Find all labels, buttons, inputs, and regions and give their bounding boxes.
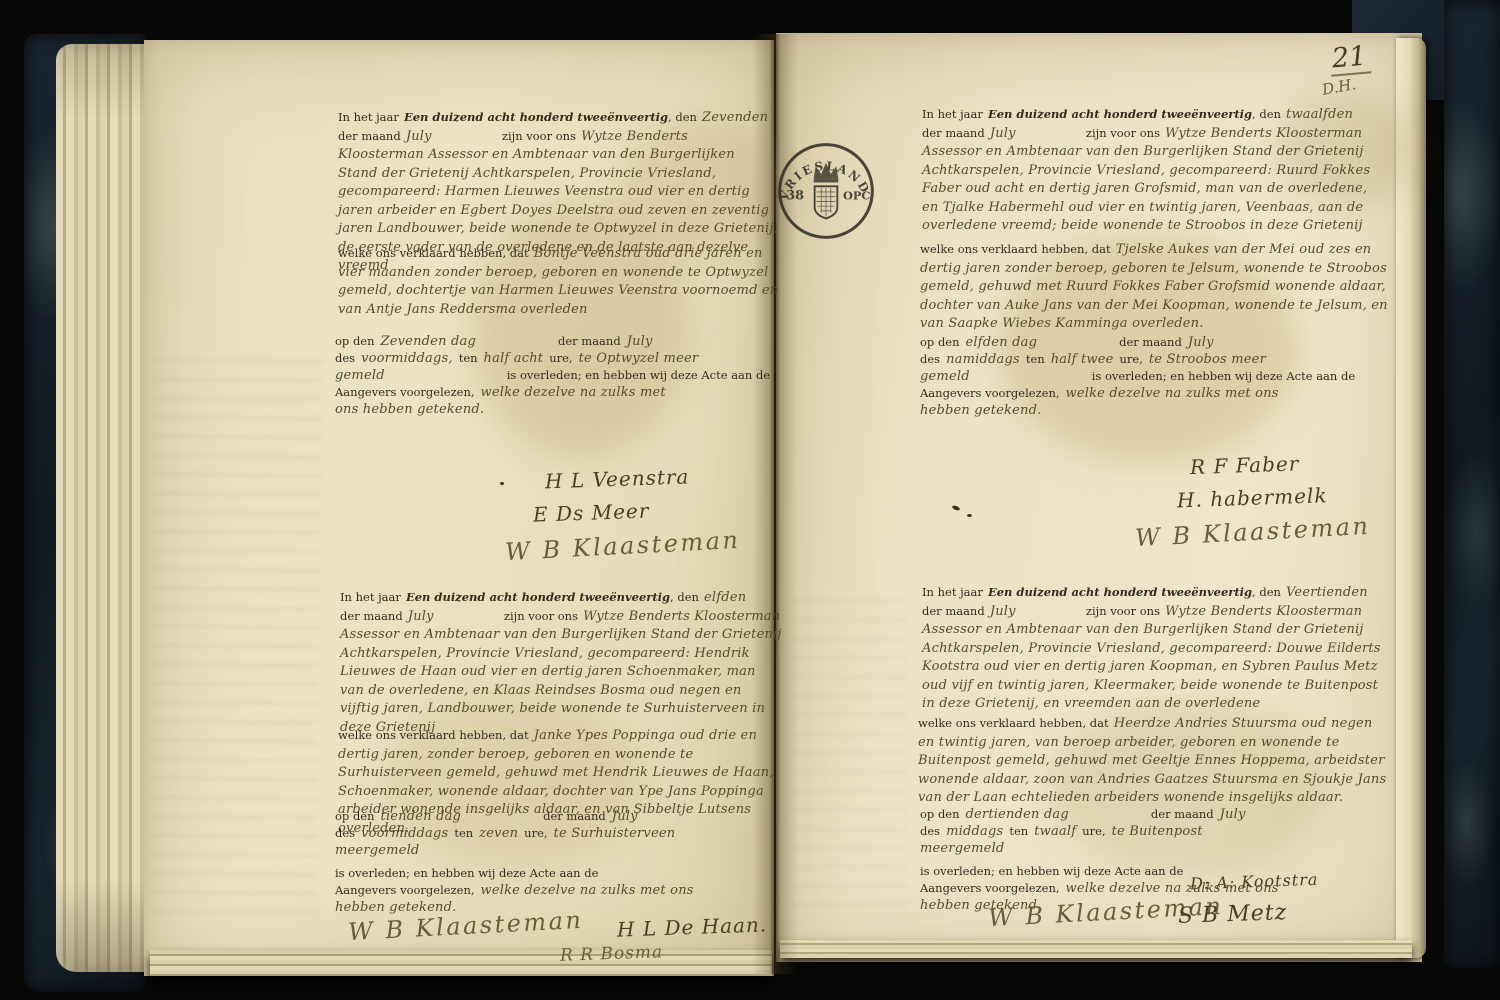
hw-death-day: Zevenden dag [381,333,476,350]
printed-year: Een duizend acht honderd tweeënveertig [988,585,1252,599]
hw-month: July [406,129,432,144]
printed-des: des [920,823,940,840]
left-record-2-signatures: W B Klaasteman H L De Haan. [348,912,768,940]
printed-in-het-jaar: In het jaar [922,107,983,121]
right-record-1-signatures: R F Faber H. habermelk W B Klaasteman [1165,452,1370,546]
book-cover-right [1444,0,1500,968]
hw-place: te Buitenpost [1112,823,1203,840]
printed-is-overleden: is overleden; en hebben wij deze Acte aa… [1092,368,1355,385]
printed-op-den: op den [920,334,960,351]
hw-gemeld: gemeld [920,368,970,385]
hw-month: July [990,126,1016,141]
printed-ure: ure, [549,350,572,367]
hw-daypart: voormiddags, [361,350,453,367]
printed-der-maand: der maand [558,333,621,350]
printed-in-het-jaar: In het jaar [340,590,401,604]
hw-closing: ons hebben getekend. [335,401,484,418]
hw-month: July [990,604,1016,619]
hw-death-day: elfden dag [966,334,1038,351]
hw-day: twaalfden [1286,107,1353,122]
printed-des: des [920,351,940,368]
stamp-right-value: OPC [843,189,870,203]
printed-der-maand: der maand [338,129,401,143]
hw-place: te Stroobos meer [1149,351,1266,368]
signature: H L Veenstra [545,463,741,494]
right-record-1-declaration: welke ons verklaard hebben, dat Tjelske … [920,240,1388,333]
hw-closing: welke dezelve na zulks met ons [481,882,694,899]
printed-zijn-voor-ons: zijn voor ons [1086,604,1160,618]
printed-ten: ten [1009,823,1028,840]
printed-verklaard: welke ons verklaard hebben, dat [918,716,1109,730]
right-record-1-intro: In het jaar Een duizend acht honderd twe… [922,105,1384,235]
printed-aangevers: Aangevers voorgelezen, [335,384,475,401]
printed-zijn-voor-ons: zijn voor ons [502,129,576,143]
signature: R F Faber [1190,449,1371,479]
hw-officials: Wytze Benderts Kloosterman Assessor en A… [922,604,1381,712]
right-record-1-death-details: op den elfden dag der maand July des nam… [920,334,1382,419]
printed-ure: ure, [524,825,547,842]
hw-death-month: July [627,333,653,350]
printed-ure: ure, [1082,823,1105,840]
hw-death-day: dertienden dag [966,806,1069,823]
hw-closing: welke dezelve na zulks met ons [1066,385,1279,402]
printed-der-maand: der maand [922,604,985,618]
ink-showthrough [792,600,907,920]
stamp-left-value: 38 [786,189,804,204]
book-scan: { "page_header": { "number": "21", "para… [0,0,1500,1000]
hw-daypart: voormiddags [361,825,448,842]
hw-place: te Optwyzel meer [579,350,699,367]
printed-der-maand: der maand [340,609,403,623]
printed-year: Een duizend acht honderd tweeënveertig [406,590,670,604]
printed-aangevers: Aangevers voorgelezen, [920,385,1060,402]
hw-hour: twaalf [1034,823,1076,840]
printed-der-maand: der maand [1151,806,1214,823]
printed-op-den: op den [920,806,960,823]
hw-gemeld: meergemeld [920,840,1004,857]
printed-der-maand: der maand [1119,334,1182,351]
hw-closing: hebben getekend. [920,402,1041,419]
hw-daypart: namiddags [946,351,1020,368]
hw-death-month: July [612,808,638,825]
signature: H L De Haan. [617,912,768,941]
printed-is-overleden: is overleden; en hebben wij deze Acte aa… [335,865,598,882]
printed-op-den: op den [335,333,375,350]
stamp-icon: VRIESLAND. 38 OPC [774,139,878,243]
hw-hour: half acht [484,350,544,367]
ink-smudge [967,514,972,517]
hw-hour: zeven [479,825,518,842]
ink-showthrough [149,359,323,921]
printed-ure: ure, [1119,351,1142,368]
printed-den: , den [668,110,697,124]
page-number-value: 21 [1329,40,1372,76]
printed-in-het-jaar: In het jaar [922,585,983,599]
printed-op-den: op den [335,808,375,825]
hw-day: Veertienden [1286,585,1368,600]
printed-zijn-voor-ons: zijn voor ons [1086,126,1160,140]
printed-year: Een duizend acht honderd tweeënveertig [988,107,1252,121]
hw-death-day: tienden dag [381,808,462,825]
printed-den: , den [1252,107,1281,121]
hw-gemeld: meergemeld [335,842,419,859]
hw-hour: half twee [1051,351,1114,368]
printed-verklaard: welke ons verklaard hebben, dat [338,728,529,742]
signature: R R Bosma [560,942,664,966]
ink-smudge [500,482,504,485]
printed-der-maand: der maand [922,126,985,140]
page-number: 21 [1330,42,1370,75]
hw-place: te Surhuisterveen [554,825,676,842]
printed-zijn-voor-ons: zijn voor ons [504,609,578,623]
hw-gemeld: gemeld [335,367,385,384]
left-record-2-intro: In het jaar Een duizend acht honderd twe… [340,588,784,736]
printed-den: , den [1252,585,1281,599]
printed-ten: ten [1026,351,1045,368]
left-record-2-death-details: op den tienden dag der maand July des vo… [335,808,787,916]
printed-verklaard: welke ons verklaard hebben, dat [920,242,1111,256]
printed-is-overleden: is overleden; en hebben wij deze Acte aa… [920,863,1183,880]
printed-is-overleden: is overleden; en hebben wij deze Acte aa… [507,367,770,384]
printed-year: Een duizend acht honderd tweeënveertig [404,110,668,124]
left-record-1-declaration: welke ons verklaard hebben, dat Bontje V… [338,244,784,318]
hw-day: elfden [704,590,746,605]
left-record-1-death-details: op den Zevenden dag der maand July des v… [335,333,781,418]
printed-aangevers: Aangevers voorgelezen, [920,880,1060,897]
printed-den: , den [670,590,699,604]
signature: E Ds Meer [533,495,741,526]
hw-officials: Wytze Benderts Kloosterman Assessor en A… [922,126,1370,234]
signature: S B Metz [1178,900,1288,929]
hw-officials: Wytze Benderts Kloosterman Assessor en A… [340,609,782,735]
signature: H. habermelk [1177,482,1371,513]
hw-month: July [408,609,434,624]
page-edge-stack-bottom-left [150,950,772,976]
hw-daypart: middags [946,823,1003,840]
printed-des: des [335,825,355,842]
page-edge-stack-bottom-right [780,940,1412,958]
hw-day: Zevenden [702,110,768,125]
vriesland-tax-stamp: VRIESLAND. 38 OPC [774,139,878,243]
left-record-1-signatures: H L Veenstra E Ds Meer W B Klaasteman [505,466,740,560]
right-record-2-declaration: welke ons verklaard hebben, dat Heerdze … [918,714,1388,807]
printed-des: des [335,350,355,367]
printed-in-het-jaar: In het jaar [338,110,399,124]
hw-death-month: July [1220,806,1246,823]
hw-death-month: July [1188,334,1214,351]
printed-ten: ten [454,825,473,842]
right-record-2-intro: In het jaar Een duizend acht honderd twe… [922,583,1384,713]
hw-closing: welke dezelve na zulks met [481,384,666,401]
printed-der-maand: der maand [543,808,606,825]
printed-verklaard: welke ons verklaard hebben, dat [338,246,529,260]
printed-ten: ten [459,350,478,367]
printed-aangevers: Aangevers voorgelezen, [335,882,475,899]
